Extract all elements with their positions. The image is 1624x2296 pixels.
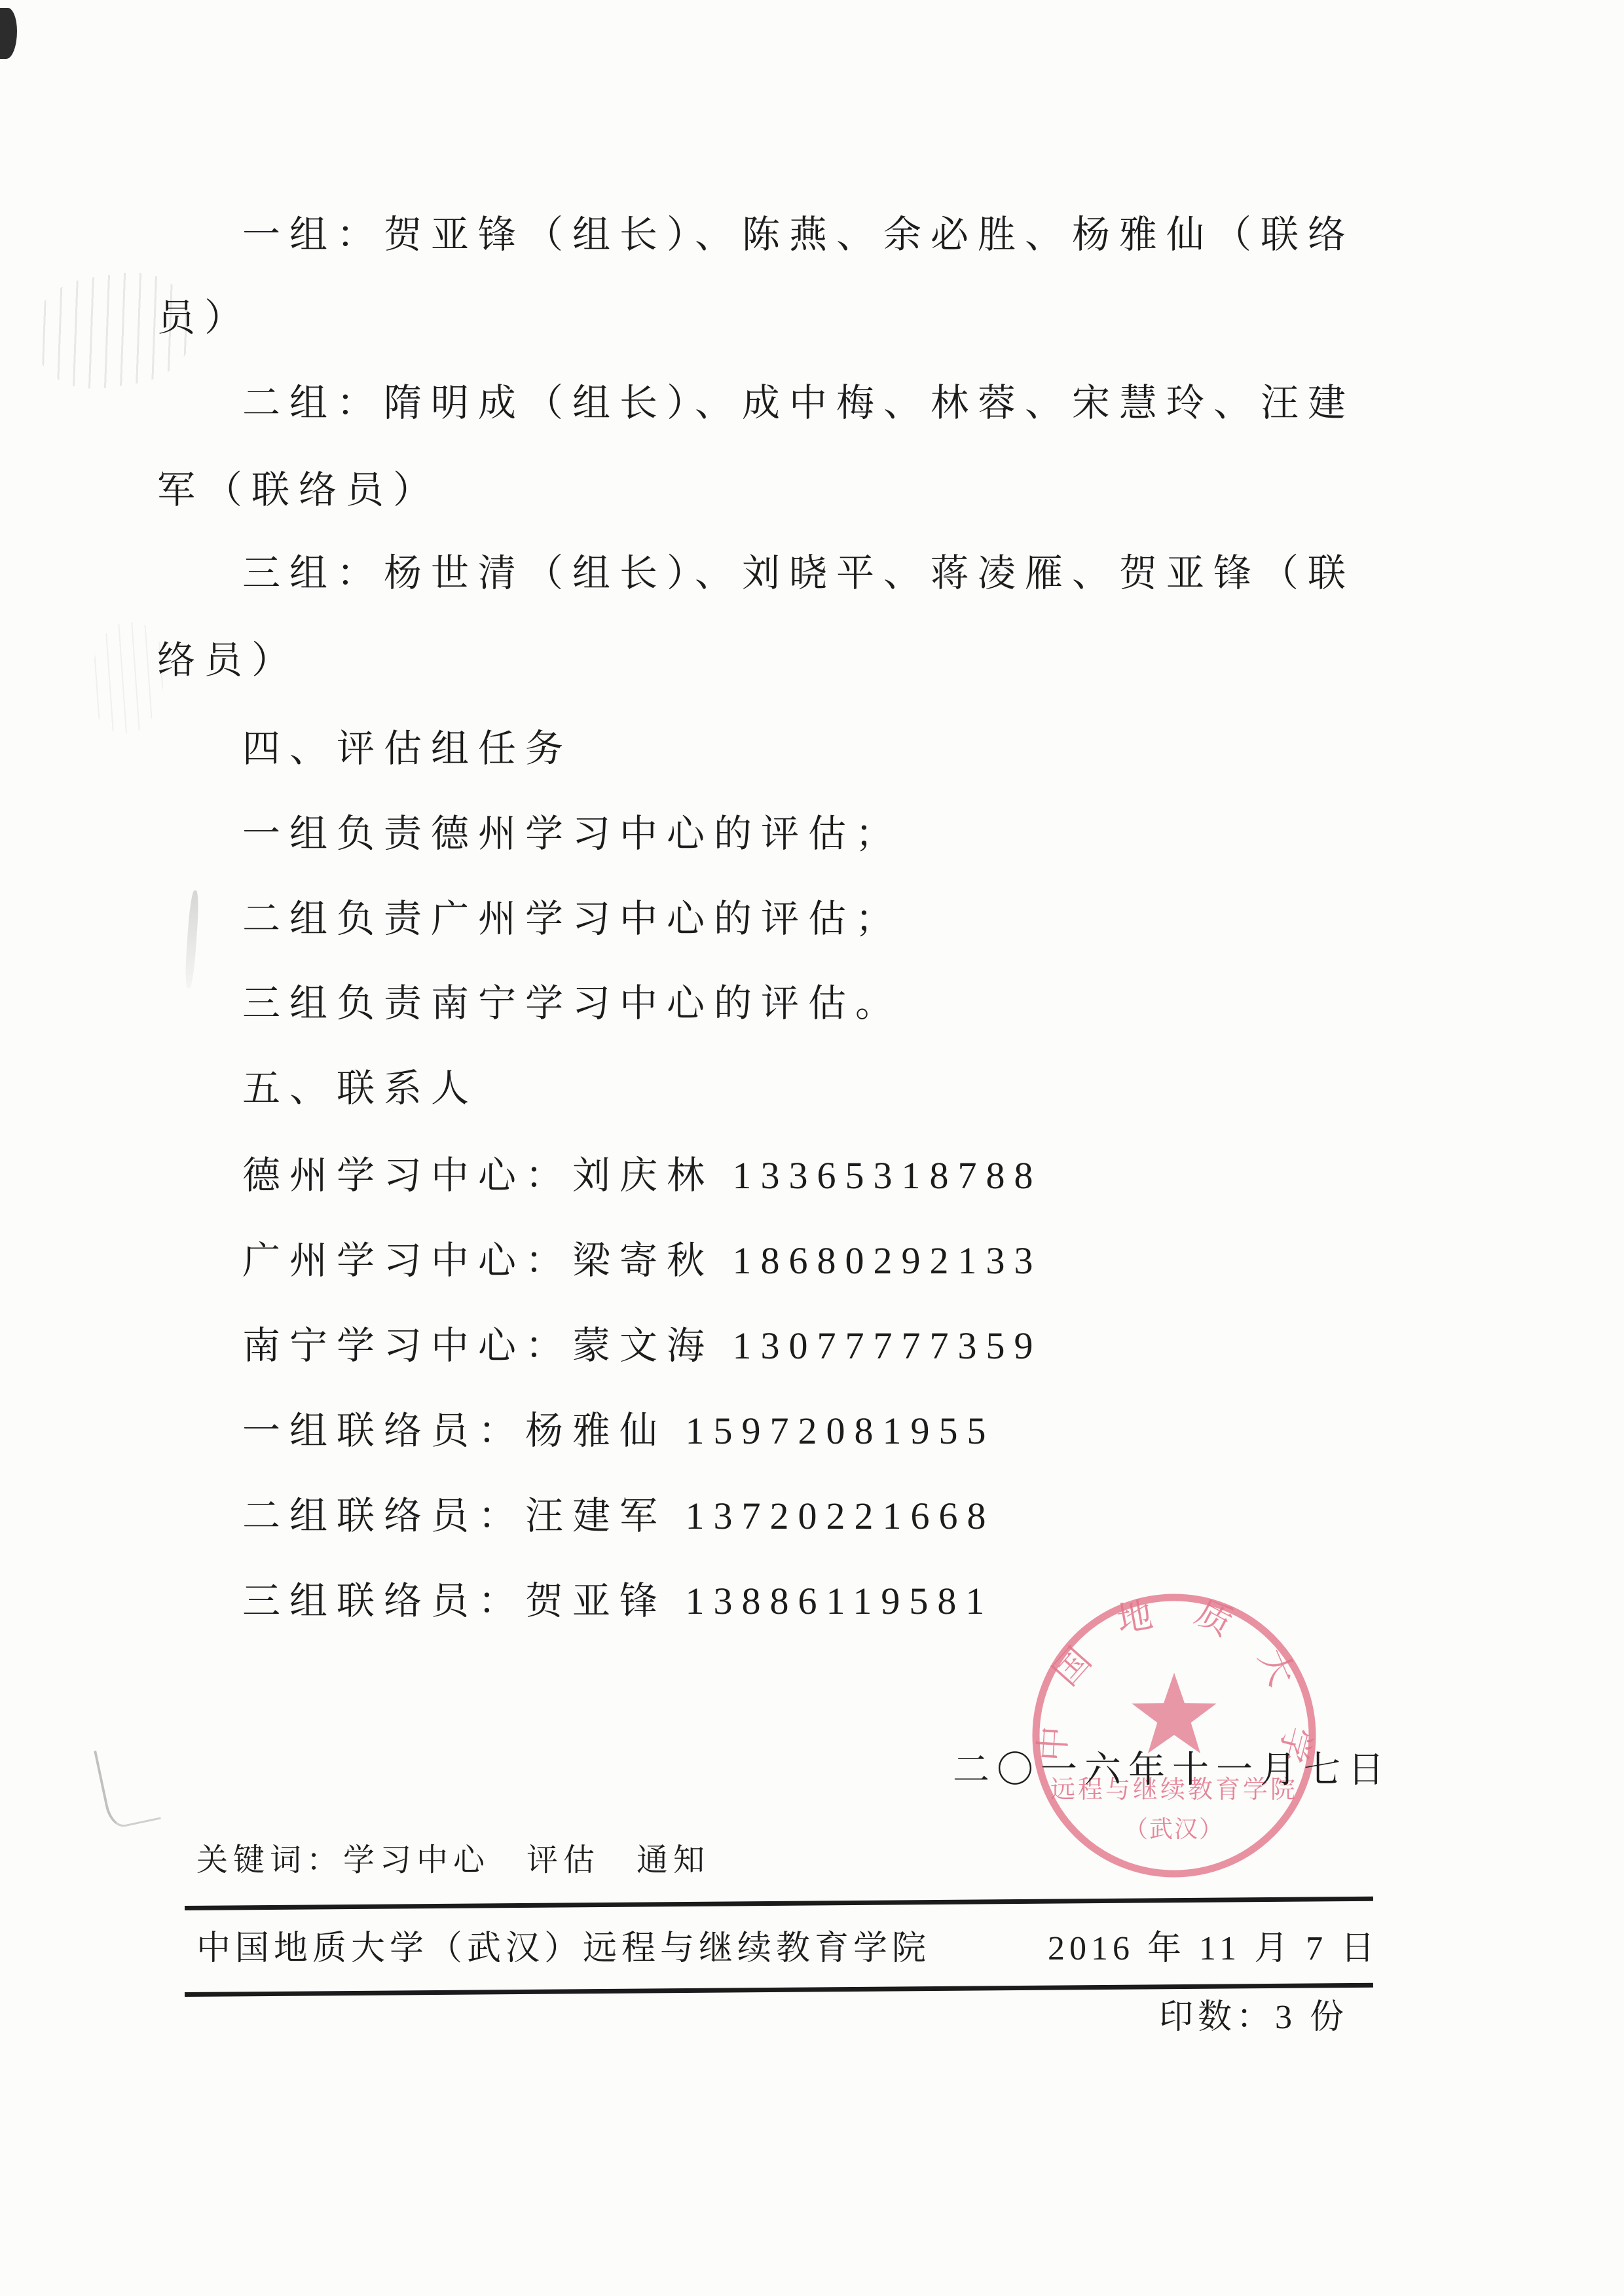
scan-smudge [94,1740,161,1830]
footer-date: 2016 年 11 月 7 日 [1048,1932,1379,1966]
divider-line-bottom [185,1983,1373,1997]
seal-city-text: （武汉） [1124,1816,1224,1842]
body-line: 一组负责德州学习中心的评估； [242,815,902,853]
contact-line: 广州学习中心：梁寄秋 18680292133 [242,1242,1043,1280]
body-line: 三组：杨世清（组长）、刘晓平、蒋凌雁、贺亚锋（联 [242,555,1355,592]
scan-smudge [184,890,200,989]
print-count: 印数：3 份 [1159,2001,1348,2035]
keywords-line: 关键词：学习中心 评估 通知 [196,1845,710,1876]
contact-line: 二组联络员：汪建军 13720221668 [242,1497,995,1535]
body-line: 二组负责广州学习中心的评估； [242,900,902,938]
official-seal: 中国地质大学 远程与继续教育学院 （武汉） [1022,1584,1329,1886]
body-line: 一组：贺亚锋（组长）、陈燕、余必胜、杨雅仙（联络 [242,216,1355,254]
contact-line: 南宁学习中心：蒙文海 13077777359 [242,1327,1043,1365]
section-heading: 五、联系人 [242,1070,478,1108]
body-line: 二组：隋明成（组长）、成中梅、林蓉、宋慧玲、汪建 [242,384,1355,422]
document-date-cn: 二〇一六年十一月七日 [953,1752,1392,1789]
footer-org: 中国地质大学（武汉）远程与继续教育学院 [196,1932,931,1966]
section-heading: 四、评估组任务 [242,730,572,768]
body-line: 络员） [157,642,299,680]
contact-line: 一组联络员：杨雅仙 15972081955 [242,1412,995,1450]
seal-star-icon [1132,1673,1216,1753]
divider-line-top [185,1897,1373,1910]
body-line: 三组负责南宁学习中心的评估。 [242,985,902,1023]
contact-line: 三组联络员：贺亚锋 13886119581 [242,1582,993,1620]
scan-corner-mark [0,8,17,59]
scanned-notice-page: 中国地质大学 远程与继续教育学院 （武汉） 一组：贺亚锋（组长）、陈燕、余必胜、… [0,0,1624,2296]
body-line: 员） [157,299,251,337]
body-line: 军（联络员） [157,471,440,509]
contact-line: 德州学习中心：刘庆林 13365318788 [242,1157,1043,1195]
